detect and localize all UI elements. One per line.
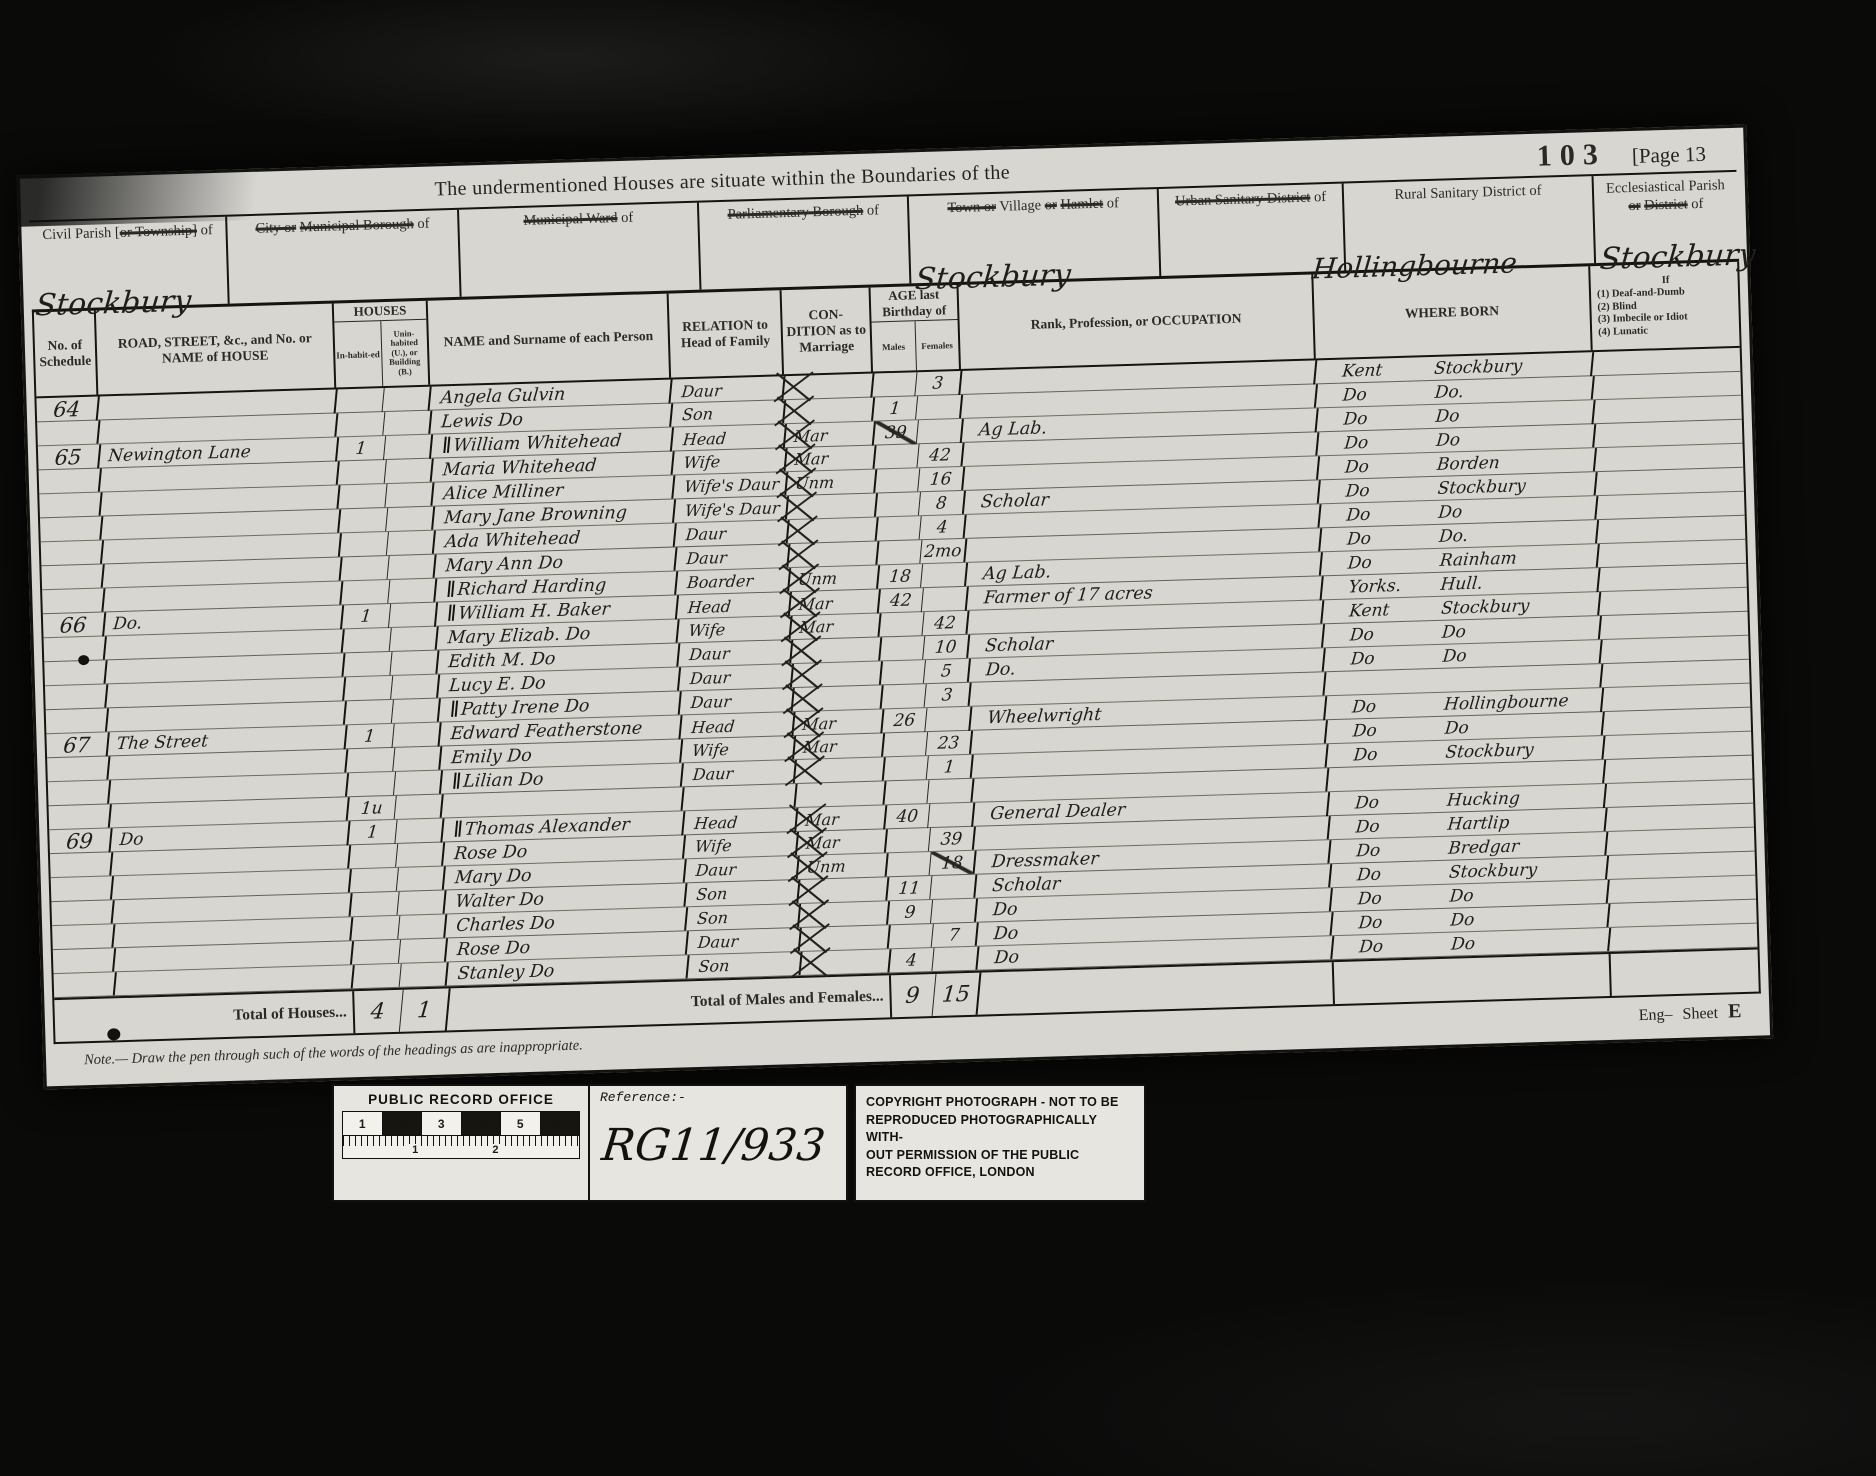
label-part: of <box>197 222 213 238</box>
total-females: 15 <box>933 973 982 1016</box>
cell-age-male: 18 <box>878 564 923 588</box>
cell-relation: Wife's Daur <box>674 496 789 522</box>
person-name: Rose Do <box>456 937 531 959</box>
cell-condition: Mar <box>785 421 876 448</box>
cell-condition <box>795 757 886 783</box>
born-place: Bredgar <box>1447 836 1520 858</box>
cell-uninhabited <box>388 579 437 603</box>
cell-relation: Daur <box>678 640 793 666</box>
cell-age-female <box>927 779 974 803</box>
cell-infirmity <box>1608 852 1756 879</box>
cell-inhabited <box>340 532 389 556</box>
cell-uninhabited <box>391 675 440 699</box>
cell-infirmity <box>1603 708 1751 735</box>
cell-condition <box>799 901 890 927</box>
cell-inhabited <box>336 388 385 413</box>
cell-relation: Head <box>680 712 795 739</box>
struck-label-part: Municipal Ward <box>523 210 617 229</box>
born-place: Borden <box>1436 452 1501 474</box>
person-name: Alice Milliner <box>443 480 565 504</box>
enumerator-mark: ∥ <box>452 820 461 840</box>
born-county: Do <box>1356 864 1382 885</box>
cell-age-male <box>880 636 925 660</box>
cell-condition: Mar <box>790 613 881 639</box>
cell-condition <box>788 517 879 543</box>
cell-schedule <box>51 924 115 949</box>
census-table: No. ofSchedule ROAD, STREET, &c., and No… <box>32 262 1761 1044</box>
col-header-name: NAME and Surname of each Person <box>428 294 671 385</box>
stamp-ruler-section: PUBLIC RECORD OFFICE 123456 12 <box>332 1084 590 1202</box>
born-place: Hucking <box>1446 789 1521 811</box>
cell-uninhabited <box>383 411 432 435</box>
cell-schedule <box>53 972 117 997</box>
cell-condition <box>795 781 886 807</box>
stamp-copyright-section: COPYRIGHT PHOTOGRAPH - NOT TO BEREPRODUC… <box>854 1084 1146 1202</box>
person-name: Ada Whitehead <box>444 528 581 552</box>
cell-relation: Son <box>685 880 800 906</box>
cell-relation: Daur <box>679 664 794 690</box>
label-part: Civil Parish [ <box>42 225 120 243</box>
district-label: City or Municipal Borough of <box>233 214 451 238</box>
cell-age-female <box>922 587 969 612</box>
ruler-inch-3: 3 <box>422 1112 462 1135</box>
census-sheet: The undermentioned Houses are situate wi… <box>17 125 1773 1090</box>
cell-inhabited: 1 <box>337 436 386 461</box>
cell-infirmity <box>1609 900 1757 927</box>
sheet-label: Eng– Sheet E <box>1638 1000 1741 1026</box>
born-place: Stockbury <box>1433 356 1523 379</box>
col-header-age: AGE last Birthday of Males Females <box>871 285 961 372</box>
cell-inhabited <box>345 700 394 724</box>
footer-note: Note.— Draw the pen through such of the … <box>84 1037 583 1069</box>
district-box-1: City or Municipal Borough of <box>227 210 461 304</box>
cell-schedule <box>43 636 107 661</box>
total-houses-inhabited: 4 <box>353 990 404 1034</box>
born-place: Stockbury <box>1440 596 1530 619</box>
cell-condition <box>793 685 884 711</box>
cell-inhabited: 1 <box>342 604 391 629</box>
cell-age-female: 18 <box>930 851 977 875</box>
page-number-group: 103 [Page 13 <box>1536 135 1706 174</box>
cell-infirmity <box>1601 636 1749 663</box>
district-box-6: Rural Sanitary District ofHollingbourne <box>1344 176 1596 270</box>
cell-age-female <box>916 395 963 419</box>
cell-condition: Unm <box>789 565 880 591</box>
born-county: Do <box>1358 912 1384 933</box>
struck-label-part: or <box>1628 198 1641 214</box>
cell-age-male: 40 <box>885 804 930 829</box>
cell-inhabited: 1u <box>348 796 397 820</box>
cell-relation: Daur <box>675 520 790 546</box>
born-place: Hull. <box>1440 574 1484 595</box>
cell-schedule <box>46 756 110 781</box>
struck-label-part: City or <box>255 220 296 237</box>
cell-uninhabited <box>384 435 433 460</box>
person-name: Lewis Do <box>440 409 523 431</box>
cell-schedule <box>50 876 114 901</box>
col-header-males: Males <box>872 321 917 371</box>
total-males: 9 <box>890 974 937 1017</box>
label-part: Ecclesiastical Parish <box>1606 177 1725 197</box>
struck-label-part: Town or <box>947 199 996 216</box>
cell-inhabited <box>343 628 392 652</box>
folio-stamp-number: 103 <box>1536 138 1606 174</box>
born-county: Do <box>1354 793 1380 814</box>
cell-age-male: 11 <box>887 876 932 900</box>
cell-age-male <box>875 468 920 492</box>
person-name: Edith M. Do <box>447 649 556 672</box>
person-name: Lilian Do <box>462 769 544 791</box>
person-name: Walter Do <box>455 889 545 912</box>
cell-infirmity <box>1605 756 1753 783</box>
cell-age-female <box>928 803 975 828</box>
cell-schedule: 67 <box>46 732 110 758</box>
cell-inhabited <box>341 580 390 604</box>
cell-age-male: 26 <box>882 708 927 733</box>
person-name: Mary Elizab. Do <box>447 624 591 648</box>
cell-uninhabited <box>398 890 447 914</box>
district-label: Civil Parish [or Township] of <box>35 221 219 244</box>
col-header-schedule: No. ofSchedule <box>34 311 98 397</box>
born-place: Stockbury <box>1445 740 1535 763</box>
cell-condition: Mar <box>796 805 887 832</box>
cell-age-male: 42 <box>879 588 924 613</box>
cell-condition <box>798 877 889 903</box>
cell-inhabited <box>343 652 392 676</box>
label-part: of <box>617 210 633 226</box>
stamp-office-title: PUBLIC RECORD OFFICE <box>342 1092 580 1107</box>
label-part: of <box>1687 196 1703 212</box>
born-place: Do. <box>1434 381 1465 402</box>
cell-schedule: 64 <box>36 396 100 422</box>
cell-schedule <box>38 468 102 493</box>
district-label: Parliamentary Borough of <box>705 201 901 225</box>
cell-relation: Son <box>686 904 801 930</box>
person-name: Emily Do <box>450 745 532 767</box>
born-county: Do <box>1347 552 1373 573</box>
struck-label-part: Hamlet <box>1060 196 1103 213</box>
label-part: of <box>413 216 429 232</box>
struck-label-part: District <box>1644 196 1688 213</box>
cell-age-male <box>884 780 929 804</box>
cell-infirmity <box>1610 924 1758 951</box>
reference-value: RG11/933 <box>599 1120 827 1171</box>
person-name: William Whitehead <box>452 431 622 456</box>
cell-schedule <box>44 660 108 685</box>
born-place: Hartlip <box>1447 812 1511 834</box>
struck-label-part: Parliamentary Borough <box>727 203 863 223</box>
label-part: of <box>1310 189 1326 205</box>
cell-relation: Head <box>683 808 798 835</box>
cell-condition <box>783 374 874 401</box>
born-place: Hollingbourne <box>1443 691 1569 715</box>
totals-born-blank <box>1334 954 1612 1004</box>
cell-schedule <box>45 708 109 733</box>
col-header-houses: HOUSES In-habit-ed Unin-habited (U.), or… <box>334 301 430 388</box>
copyright-line-0: COPYRIGHT PHOTOGRAPH - NOT TO BE <box>866 1094 1134 1112</box>
cell-inhabited <box>347 772 396 796</box>
ruler-tick-scale: 12 <box>343 1136 579 1158</box>
district-label: Urban Sanitary District of <box>1165 188 1336 211</box>
copyright-line-2: OUT PERMISSION OF THE PUBLIC <box>866 1147 1134 1165</box>
person-name: Richard Harding <box>457 575 608 599</box>
cell-age-male: 9 <box>888 900 933 924</box>
cell-age-male: 4 <box>889 948 934 972</box>
born-county: Do <box>1358 936 1384 957</box>
cell-relation: Head <box>677 592 792 619</box>
cell-schedule <box>49 852 113 877</box>
cell-uninhabited <box>390 651 439 675</box>
cell-infirmity <box>1604 732 1752 759</box>
cell-condition <box>787 493 878 519</box>
cell-infirmity <box>1598 540 1746 567</box>
cell-infirmity <box>1596 444 1744 471</box>
born-county: Do <box>1350 648 1376 669</box>
born-place: Do <box>1438 502 1464 523</box>
cell-infirmity <box>1597 492 1745 519</box>
born-county: Do <box>1346 528 1372 549</box>
cell-infirmity <box>1608 876 1756 903</box>
born-county: Do <box>1343 409 1369 430</box>
cell-uninhabited <box>395 794 444 818</box>
born-county: Do <box>1349 624 1375 645</box>
cell-inhabited: 1 <box>346 724 395 749</box>
enumerator-mark: ∥ <box>441 436 450 456</box>
district-label: Municipal Ward of <box>465 207 691 232</box>
cell-age-male <box>889 924 934 948</box>
cell-age-female: 1 <box>927 755 974 779</box>
person-name: Mary Jane Browning <box>443 502 628 527</box>
born-place: Stockbury <box>1437 476 1527 499</box>
cell-inhabited <box>351 892 400 916</box>
sheet-letter: E <box>1728 1000 1742 1023</box>
cell-relation: Head <box>672 424 787 451</box>
born-county: Do <box>1346 504 1372 525</box>
cell-uninhabited <box>387 531 436 555</box>
cell-age-female <box>925 707 972 732</box>
cell-relation: Daur <box>680 688 795 714</box>
person-name: Thomas Alexander <box>464 815 631 840</box>
col-header-relation: RELATION to Head of Family <box>669 290 784 377</box>
person-name: Charles Do <box>455 913 555 936</box>
cell-relation: Daur <box>685 856 800 882</box>
cell-age-female: 8 <box>919 491 966 515</box>
born-county: Kent <box>1348 600 1390 621</box>
cell-condition: Unm <box>798 853 889 879</box>
cell-uninhabited <box>388 555 437 579</box>
page-label: [Page 13 <box>1632 142 1707 169</box>
copyright-line-1: REPRODUCED PHOTOGRAPHICALLY WITH- <box>866 1112 1134 1147</box>
cell-relation <box>683 784 798 810</box>
district-value-handwritten: Stockbury <box>34 282 243 323</box>
cell-inhabited <box>353 964 402 988</box>
person-name: Lucy E. Do <box>448 673 546 696</box>
cell-relation: Boarder <box>676 568 791 594</box>
struck-label-part: or Township] <box>119 223 197 241</box>
cell-schedule <box>36 420 100 445</box>
cell-condition: Mar <box>794 733 885 759</box>
born-county: Do <box>1353 744 1379 765</box>
cell-age-male <box>882 684 927 708</box>
cell-schedule <box>40 540 104 565</box>
cell-condition <box>784 397 875 423</box>
district-box-2: Municipal Ward of <box>459 203 701 297</box>
cell-infirmity <box>1601 612 1749 639</box>
cell-inhabited <box>338 460 387 484</box>
cell-schedule <box>48 804 112 829</box>
cell-age-female: 16 <box>918 467 965 491</box>
cell-inhabited <box>339 508 388 532</box>
cell-condition <box>788 541 879 567</box>
cell-inhabited <box>341 556 390 580</box>
born-county: Do <box>1357 888 1383 909</box>
cell-schedule <box>39 492 103 517</box>
cell-infirmity <box>1595 420 1743 447</box>
cell-schedule <box>39 516 103 541</box>
cell-schedule <box>47 780 111 805</box>
cell-schedule: 66 <box>42 612 106 638</box>
born-county: Do <box>1342 384 1368 405</box>
born-place: Rainham <box>1439 548 1518 570</box>
cell-condition <box>800 949 891 975</box>
cell-age-male <box>874 444 919 468</box>
cell-age-male <box>884 756 929 780</box>
cell-condition <box>800 925 891 951</box>
cell-relation: Wife <box>684 832 799 858</box>
cell-relation: Wife's Daur <box>673 472 788 498</box>
cell-relation: Wife <box>673 448 788 474</box>
enumerator-mark: ∥ <box>446 604 455 624</box>
cell-condition <box>792 661 883 687</box>
cell-age-female: 42 <box>917 443 964 467</box>
enumerator-mark: ∥ <box>449 700 458 720</box>
cell-age-female: 23 <box>926 731 973 755</box>
cell-age-male: 1 <box>873 396 918 420</box>
cell-inhabited <box>352 940 401 964</box>
district-box-7: Ecclesiastical Parish or District ofStoc… <box>1594 172 1740 263</box>
born-place: Do <box>1449 885 1475 906</box>
cell-relation: Daur <box>670 376 785 403</box>
col-header-condition: CON-DITION as to Marriage <box>782 288 873 375</box>
cell-uninhabited <box>398 914 447 938</box>
cell-infirmity <box>1606 804 1754 831</box>
district-label: Town or Village or Hamlet of <box>915 193 1151 218</box>
ruler-inch-numbers: 123456 <box>343 1112 579 1136</box>
cell-uninhabited <box>393 746 442 770</box>
cell-age-male <box>879 612 924 636</box>
cell-inhabited <box>338 484 387 508</box>
person-name: Stanley Do <box>457 961 556 984</box>
cell-uninhabited <box>394 770 443 794</box>
born-county: Yorks. <box>1348 576 1402 598</box>
label-part: of <box>1103 195 1119 211</box>
district-box-0: Civil Parish [or Township] ofStockbury <box>29 217 229 310</box>
cell-condition: Mar <box>793 709 884 736</box>
label-part: Rural Sanitary District of <box>1394 183 1541 203</box>
cell-infirmity <box>1593 372 1741 399</box>
cell-age-male <box>877 540 922 564</box>
cell-age-female: 3 <box>915 371 962 396</box>
cell-schedule <box>51 900 115 925</box>
born-county: Kent <box>1341 360 1383 381</box>
born-county: Do <box>1345 480 1371 501</box>
cell-condition: Mar <box>786 445 877 471</box>
cell-condition: Mar <box>790 589 881 616</box>
cell-condition: Mar <box>797 829 888 855</box>
cell-relation: Son <box>671 400 786 426</box>
cell-uninhabited <box>399 938 448 962</box>
district-box-4: Town or Village or Hamlet ofStockbury <box>909 189 1161 283</box>
cell-inhabited <box>336 412 385 436</box>
cell-uninhabited <box>392 722 441 747</box>
cell-age-female <box>931 899 978 923</box>
cell-uninhabited <box>397 866 446 890</box>
ruler-inch-4: 4 <box>462 1112 502 1135</box>
cell-uninhabited <box>385 483 434 507</box>
ruler-inch-2: 2 <box>383 1112 423 1135</box>
cell-age-male <box>876 492 921 516</box>
cell-inhabited <box>349 844 398 868</box>
cell-age-female <box>932 947 979 971</box>
census-photo: { "page": { "title": "The undermentioned… <box>0 0 1876 1476</box>
cell-age-female: 39 <box>929 827 976 851</box>
cell-infirmity <box>1596 468 1744 495</box>
born-place: Do <box>1450 909 1476 930</box>
cell-condition <box>791 637 882 663</box>
cell-uninhabited <box>390 627 439 651</box>
cell-schedule: 69 <box>48 828 112 854</box>
born-place: Do <box>1444 718 1470 739</box>
cell-inhabited <box>350 868 399 892</box>
cell-age-female: 10 <box>923 635 970 659</box>
enumerator-mark: ∥ <box>451 771 460 791</box>
cell-inhabited <box>346 748 395 772</box>
public-record-office-stamp: PUBLIC RECORD OFFICE 123456 12 Reference… <box>332 1084 1146 1202</box>
cell-age-female <box>930 875 977 899</box>
cell-age-female: 2mo <box>920 539 967 563</box>
cell-inhabited: 1 <box>348 820 397 845</box>
cell-age-female: 42 <box>922 611 969 635</box>
cell-relation: Wife <box>678 616 793 642</box>
cell-uninhabited <box>383 387 432 412</box>
born-place: Do <box>1442 646 1468 667</box>
cell-uninhabited <box>395 818 444 843</box>
born-county: Do <box>1344 456 1370 477</box>
ruler-inch-6: 6 <box>541 1112 580 1135</box>
cell-age-male <box>881 660 926 684</box>
born-place: Do <box>1435 430 1461 451</box>
born-place: Do. <box>1438 525 1469 546</box>
cell-age-female: 3 <box>925 683 972 707</box>
cell-age-male: 39 <box>874 420 919 445</box>
born-place: Stockbury <box>1448 860 1538 883</box>
col-header-uninhabited: Unin-habited (U.), or Building (B.) <box>381 320 428 386</box>
cell-infirmity <box>1602 660 1750 687</box>
cell-age-female: 5 <box>924 659 971 683</box>
born-place: Do <box>1450 933 1476 954</box>
ruler-inch-1: 1 <box>343 1112 383 1135</box>
totals-infirmity-blank <box>1611 950 1759 996</box>
total-houses-label: Total of Houses... <box>54 991 355 1042</box>
person-name: Maria Whitehead <box>442 455 598 480</box>
struck-label-part: or <box>1045 197 1058 213</box>
cell-uninhabited <box>392 699 441 723</box>
copyright-line-3: RECORD OFFICE, LONDON <box>866 1164 1134 1182</box>
person-name: William H. Baker <box>457 599 610 624</box>
reference-label: Reference:- <box>600 1090 836 1105</box>
cell-age-female <box>917 419 964 444</box>
district-box-3: Parliamentary Borough of <box>699 196 911 289</box>
